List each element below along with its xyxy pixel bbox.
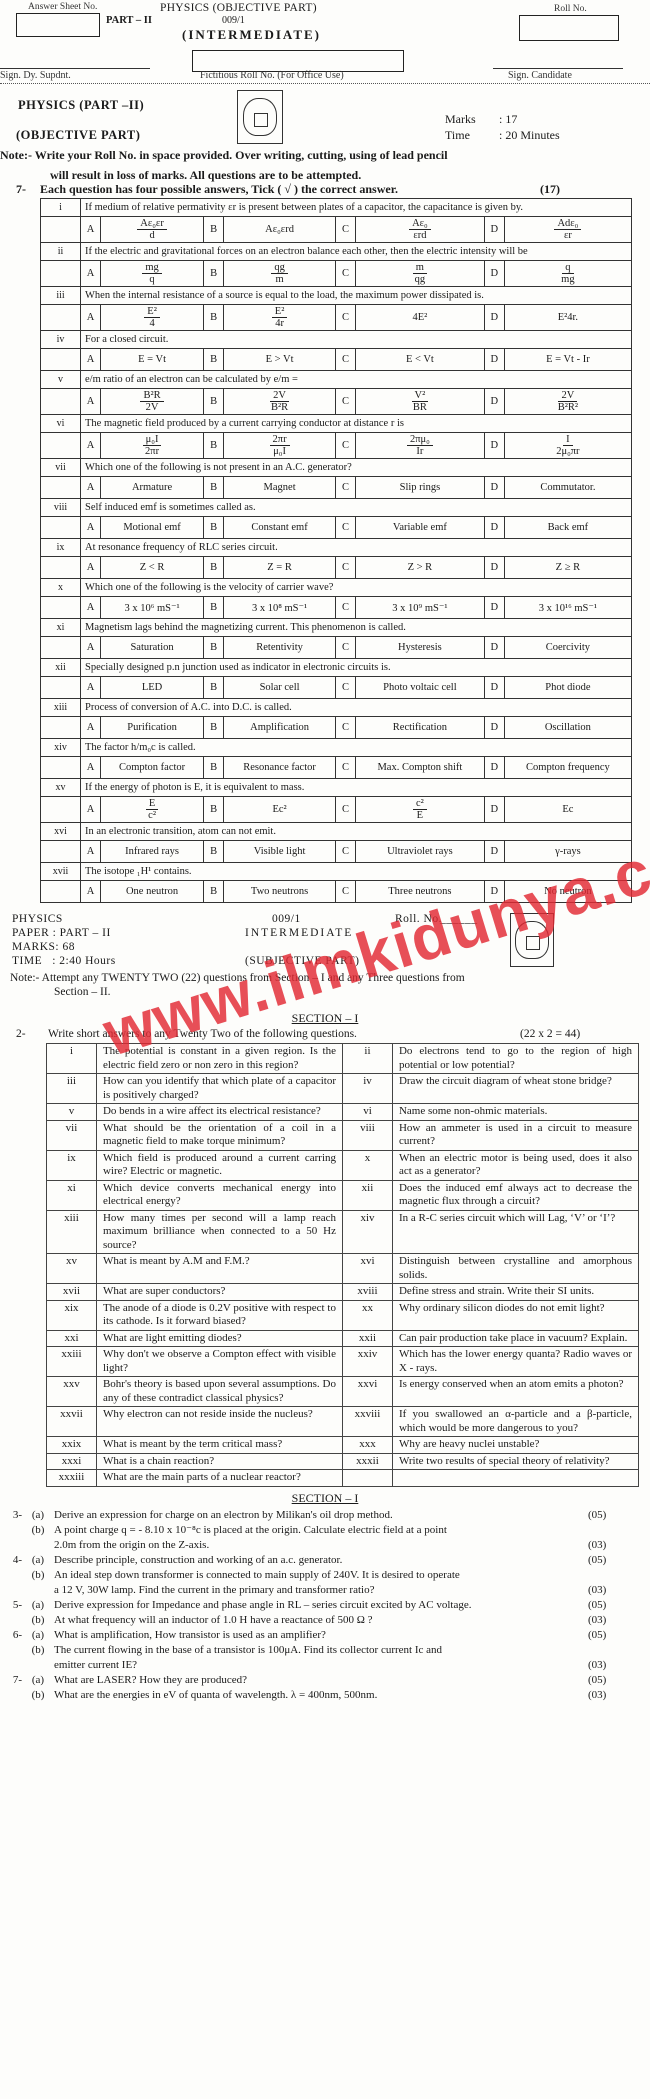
long-question-text: Derive expression for Impedance and phas… bbox=[54, 1598, 534, 1613]
option-letter-d: D bbox=[484, 557, 504, 579]
option-b[interactable]: Solar cell bbox=[224, 677, 336, 699]
short-question-text bbox=[392, 1470, 638, 1487]
long-question-marks: (03) bbox=[588, 1538, 606, 1553]
mcq-number: x bbox=[41, 579, 81, 597]
mcq-number-spacer bbox=[41, 305, 81, 331]
denominator: 4r bbox=[272, 318, 287, 329]
mcq-question-text: For a closed circuit. bbox=[81, 331, 632, 349]
short-question-text: Do bends in a wire affect its electrical… bbox=[96, 1104, 342, 1121]
mcq-options-row: A3 x 10⁶ mS⁻¹B3 x 10⁸ mS⁻¹C3 x 10⁹ mS⁻¹D… bbox=[41, 597, 632, 619]
question-2-number: 2- bbox=[16, 1028, 26, 1040]
note-label: Note:- bbox=[0, 148, 32, 162]
marks-label: Marks bbox=[445, 112, 476, 127]
numerator: Adε₀ bbox=[554, 218, 581, 230]
option-c[interactable]: Rectification bbox=[356, 717, 485, 739]
option-b[interactable]: Retentivity bbox=[224, 637, 336, 659]
option-letter-c: C bbox=[336, 217, 356, 243]
option-c[interactable]: Slip rings bbox=[356, 477, 485, 499]
fraction: mgq bbox=[142, 262, 161, 285]
option-a[interactable]: 3 x 10⁶ mS⁻¹ bbox=[101, 597, 204, 619]
roll-no-box[interactable] bbox=[519, 15, 619, 41]
long-question-part: (a) bbox=[22, 1628, 54, 1643]
option-c[interactable]: 3 x 10⁹ mS⁻¹ bbox=[356, 597, 485, 619]
short-question-row: xviiWhat are super conductors?xviiiDefin… bbox=[47, 1284, 639, 1301]
numerator: 2πμ₀ bbox=[407, 434, 433, 446]
exam-paper: Answer Sheet No. PART – II PHYSICS (OBJE… bbox=[0, 0, 650, 1703]
short-question-row: xxiWhat are light emitting diodes?xxiiCa… bbox=[47, 1330, 639, 1347]
short-question-text: Why ordinary silicon diodes do not emit … bbox=[392, 1300, 638, 1330]
short-question-number: xvii bbox=[47, 1284, 97, 1301]
mcq-question-row: xiMagnetism lags behind the magnetizing … bbox=[41, 619, 632, 637]
fraction: B²R2V bbox=[140, 390, 163, 413]
mcq-question-row: xiiSpecially designed p.n junction used … bbox=[41, 659, 632, 677]
long-question-text: What are the energies in eV of quanta of… bbox=[54, 1688, 534, 1703]
option-c[interactable]: Max. Compton shift bbox=[356, 757, 485, 779]
option-letter-b: B bbox=[204, 757, 224, 779]
long-question-marks: (05) bbox=[588, 1508, 606, 1523]
option-letter-c: C bbox=[336, 757, 356, 779]
numerator: μ₀I bbox=[143, 434, 162, 446]
fraction: V²BR bbox=[410, 390, 430, 413]
short-question-text: Distinguish between crystalline and amor… bbox=[392, 1254, 638, 1284]
short-question-text: How can you identify that which plate of… bbox=[96, 1074, 342, 1104]
option-letter-c: C bbox=[336, 797, 356, 823]
question-2-marks: (22 x 2 = 44) bbox=[520, 1028, 580, 1040]
option-b[interactable]: 3 x 10⁸ mS⁻¹ bbox=[224, 597, 336, 619]
denominator: Ir bbox=[413, 446, 426, 457]
option-d[interactable]: Z ≥ R bbox=[504, 557, 631, 579]
short-question-number: ix bbox=[47, 1150, 97, 1180]
time-value: : 20 Minutes bbox=[499, 128, 560, 143]
mcq-question-text: If the energy of photon is E, it is equi… bbox=[81, 779, 632, 797]
mcq-number: xvi bbox=[41, 823, 81, 841]
option-c[interactable]: V²BR bbox=[356, 389, 485, 415]
option-d[interactable]: Coercivity bbox=[504, 637, 631, 659]
option-d[interactable]: Back emf bbox=[504, 517, 631, 539]
long-question-line: (b)At what frequency will an inductor of… bbox=[0, 1613, 650, 1628]
option-letter-d: D bbox=[484, 677, 504, 699]
mcq-number-spacer bbox=[41, 517, 81, 539]
mcq-number-spacer bbox=[41, 389, 81, 415]
mcq-options-row: AOne neutronBTwo neutronsCThree neutrons… bbox=[41, 881, 632, 903]
option-letter-c: C bbox=[336, 881, 356, 903]
option-c[interactable]: Aε₀εrd bbox=[356, 217, 485, 243]
option-c[interactable]: mqg bbox=[356, 261, 485, 287]
short-question-row: xxiiiWhy don't we observe a Compton effe… bbox=[47, 1347, 639, 1377]
option-d[interactable]: Adε₀εr bbox=[504, 217, 631, 243]
option-a[interactable]: μ₀I2πr bbox=[101, 433, 204, 459]
mcq-number: xiv bbox=[41, 739, 81, 757]
option-c[interactable]: 4E² bbox=[356, 305, 485, 331]
option-b[interactable]: 2πrμ₀I bbox=[224, 433, 336, 459]
option-a[interactable]: Armature bbox=[101, 477, 204, 499]
option-d[interactable]: γ-rays bbox=[504, 841, 631, 863]
option-b[interactable]: E > Vt bbox=[224, 349, 336, 371]
mcq-options-row: AZ < RBZ = RCZ > RDZ ≥ R bbox=[41, 557, 632, 579]
short-question-text: What are super conductors? bbox=[96, 1284, 342, 1301]
denominator: εrd bbox=[410, 230, 429, 241]
option-c[interactable]: Photo voltaic cell bbox=[356, 677, 485, 699]
fraction: Adε₀εr bbox=[554, 218, 581, 241]
option-letter-d: D bbox=[484, 433, 504, 459]
mcq-question-row: xiiiProcess of conversion of A.C. into D… bbox=[41, 699, 632, 717]
short-question-text: What should be the orientation of a coil… bbox=[96, 1120, 342, 1150]
option-a[interactable]: Purification bbox=[101, 717, 204, 739]
short-question-text: What is meant by A.M and F.M.? bbox=[96, 1254, 342, 1284]
mcq-question-row: iIf medium of relative permativity εr is… bbox=[41, 199, 632, 217]
mcq-number: iii bbox=[41, 287, 81, 305]
cut-line bbox=[0, 83, 650, 84]
short-question-number: viii bbox=[343, 1120, 393, 1150]
sign-supdt-label: Sign. Dy. Supdnt. bbox=[0, 70, 71, 81]
short-question-text: Why are heavy nuclei unstable? bbox=[392, 1437, 638, 1454]
option-letter-b: B bbox=[204, 637, 224, 659]
option-c[interactable]: Variable emf bbox=[356, 517, 485, 539]
long-question-number bbox=[0, 1523, 22, 1538]
option-b[interactable]: Amplification bbox=[224, 717, 336, 739]
answer-sheet-label: Answer Sheet No. bbox=[28, 2, 97, 12]
option-c[interactable]: Ultraviolet rays bbox=[356, 841, 485, 863]
denominator: B²R² bbox=[555, 402, 581, 413]
option-d[interactable]: E²4r. bbox=[504, 305, 631, 331]
subj-note: Note:- Attempt any TWENTY TWO (22) quest… bbox=[10, 971, 465, 999]
option-letter-c: C bbox=[336, 517, 356, 539]
option-b[interactable]: Z = R bbox=[224, 557, 336, 579]
option-d[interactable]: Commutator. bbox=[504, 477, 631, 499]
option-d[interactable]: Phot diode bbox=[504, 677, 631, 699]
long-question-line: emitter current IE?(03) bbox=[0, 1658, 650, 1673]
option-d[interactable]: No neutron bbox=[504, 881, 631, 903]
mcq-question-text: If the electric and gravitational forces… bbox=[81, 243, 632, 261]
denominator: 4 bbox=[146, 318, 157, 329]
numerator: B²R bbox=[140, 390, 163, 402]
denominator: εr bbox=[561, 230, 575, 241]
mcq-options-row: AAε₀εrdBAε₀εrdCAε₀εrdDAdε₀εr bbox=[41, 217, 632, 243]
short-question-text: In a R-C series circuit which will Lag, … bbox=[392, 1210, 638, 1254]
long-question-text: emitter current IE? bbox=[54, 1658, 534, 1673]
long-question-part: (b) bbox=[22, 1523, 54, 1538]
subject-title: PHYSICS (PART –II) bbox=[18, 98, 144, 113]
mcq-number-spacer bbox=[41, 797, 81, 823]
option-c[interactable]: Three neutrons bbox=[356, 881, 485, 903]
long-question-line: (b)What are the energies in eV of quanta… bbox=[0, 1688, 650, 1703]
denominator: m bbox=[272, 274, 286, 285]
supdt-sign-line bbox=[0, 68, 150, 69]
option-d[interactable]: E = Vt - Ir bbox=[504, 349, 631, 371]
option-letter-a: A bbox=[81, 477, 101, 499]
mcq-question-row: xivThe factor h/m₀c is called. bbox=[41, 739, 632, 757]
mcq-question-text: Which one of the following is the veloci… bbox=[81, 579, 632, 597]
long-question-line: 3-(a)Derive an expression for charge on … bbox=[0, 1508, 650, 1523]
paper-title: PHYSICS (OBJECTIVE PART) bbox=[160, 2, 317, 14]
subj-code: 009/1 bbox=[272, 913, 301, 925]
numerator: Aε₀ bbox=[409, 218, 431, 230]
mcq-question-text: When the internal resistance of a source… bbox=[81, 287, 632, 305]
option-d[interactable]: 3 x 10¹⁶ mS⁻¹ bbox=[504, 597, 631, 619]
option-b[interactable]: E²4r bbox=[224, 305, 336, 331]
option-letter-a: A bbox=[81, 389, 101, 415]
subj-level: INTERMEDIATE bbox=[245, 927, 353, 939]
option-a[interactable]: LED bbox=[101, 677, 204, 699]
option-b[interactable]: Ec² bbox=[224, 797, 336, 823]
option-b[interactable]: qgm bbox=[224, 261, 336, 287]
section-2-title: SECTION – I bbox=[0, 1491, 650, 1506]
short-question-row: xixThe anode of a diode is 0.2V positive… bbox=[47, 1300, 639, 1330]
short-question-text: Does the induced emf always act to decre… bbox=[392, 1180, 638, 1210]
short-question-number: i bbox=[47, 1044, 97, 1074]
denominator: 2V bbox=[143, 402, 162, 413]
mcq-question-text: Specially designed p.n junction used as … bbox=[81, 659, 632, 677]
mcq-number-spacer bbox=[41, 637, 81, 659]
fraction: 2VB²R² bbox=[555, 390, 581, 413]
mcq-question-row: xviIn an electronic transition, atom can… bbox=[41, 823, 632, 841]
mcq-number-spacer bbox=[41, 717, 81, 739]
mcq-options-row: AE²4BE²4rC4E²DE²4r. bbox=[41, 305, 632, 331]
option-letter-d: D bbox=[484, 517, 504, 539]
mcq-number: v bbox=[41, 371, 81, 389]
denominator: c² bbox=[145, 810, 159, 821]
numerator: E² bbox=[144, 306, 160, 318]
long-question-line: 7-(a)What are LASER? How they are produc… bbox=[0, 1673, 650, 1688]
option-letter-d: D bbox=[484, 717, 504, 739]
short-question-row: vDo bends in a wire affect its electrica… bbox=[47, 1104, 639, 1121]
long-question-part: (a) bbox=[22, 1553, 54, 1568]
option-letter-a: A bbox=[81, 717, 101, 739]
option-a[interactable]: B²R2V bbox=[101, 389, 204, 415]
objective-note: Note:- Write your Roll No. in space prov… bbox=[0, 148, 650, 163]
mcq-number-spacer bbox=[41, 881, 81, 903]
option-letter-d: D bbox=[484, 349, 504, 371]
mcq-number-spacer bbox=[41, 677, 81, 699]
option-a[interactable]: One neutron bbox=[101, 881, 204, 903]
fraction: qmg bbox=[558, 262, 577, 285]
option-letter-d: D bbox=[484, 261, 504, 287]
short-question-row: xxxiWhat is a chain reaction?xxxiiWrite … bbox=[47, 1453, 639, 1470]
short-question-number: xxxiii bbox=[47, 1470, 97, 1487]
denominator: d bbox=[146, 230, 157, 241]
short-question-text: Do electrons tend to go to the region of… bbox=[392, 1044, 638, 1074]
option-b[interactable]: Magnet bbox=[224, 477, 336, 499]
mcq-number: xi bbox=[41, 619, 81, 637]
numerator: m bbox=[413, 262, 427, 274]
option-c[interactable]: c²E bbox=[356, 797, 485, 823]
short-question-number: xxiv bbox=[343, 1347, 393, 1377]
mcq-question-row: ve/m ratio of an electron can be calcula… bbox=[41, 371, 632, 389]
mcq-question-text: At resonance frequency of RLC series cir… bbox=[81, 539, 632, 557]
long-question-marks: (03) bbox=[588, 1613, 606, 1628]
option-letter-c: C bbox=[336, 433, 356, 459]
option-a[interactable]: Ec² bbox=[101, 797, 204, 823]
option-letter-a: A bbox=[81, 217, 101, 243]
short-question-row: xiiiHow many times per second will a lam… bbox=[47, 1210, 639, 1254]
option-letter-a: A bbox=[81, 881, 101, 903]
option-b[interactable]: 2VB²R bbox=[224, 389, 336, 415]
option-a[interactable]: E = Vt bbox=[101, 349, 204, 371]
fraction: Ec² bbox=[145, 798, 159, 821]
option-b[interactable]: Resonance factor bbox=[224, 757, 336, 779]
option-d[interactable]: qmg bbox=[504, 261, 631, 287]
candidate-sign-line bbox=[493, 68, 623, 69]
mcq-options-row: AInfrared raysBVisible lightCUltraviolet… bbox=[41, 841, 632, 863]
option-a[interactable]: Saturation bbox=[101, 637, 204, 659]
mcq-number-spacer bbox=[41, 557, 81, 579]
short-question-text: What are the main parts of a nuclear rea… bbox=[96, 1470, 342, 1487]
short-question-text: What is meant by the term critical mass? bbox=[96, 1437, 342, 1454]
mcq-number: iv bbox=[41, 331, 81, 349]
option-letter-b: B bbox=[204, 557, 224, 579]
option-letter-a: A bbox=[81, 557, 101, 579]
option-b[interactable]: Two neutrons bbox=[224, 881, 336, 903]
option-d[interactable]: I2μ₀πr bbox=[504, 433, 631, 459]
paper-code: 009/1 bbox=[222, 15, 245, 26]
short-question-row: iiiHow can you identify that which plate… bbox=[47, 1074, 639, 1104]
short-question-number: v bbox=[47, 1104, 97, 1121]
long-question-number: 6- bbox=[0, 1628, 22, 1643]
short-question-number: xxi bbox=[47, 1330, 97, 1347]
short-question-number: iii bbox=[47, 1074, 97, 1104]
option-c[interactable]: Z > R bbox=[356, 557, 485, 579]
long-question-text: What is amplification, How transistor is… bbox=[54, 1628, 534, 1643]
denominator: E bbox=[414, 810, 426, 821]
answer-sheet-box[interactable] bbox=[16, 13, 100, 37]
short-question-number: xviii bbox=[343, 1284, 393, 1301]
section-1-title: SECTION – I bbox=[0, 1011, 650, 1026]
marks-value: : 17 bbox=[499, 112, 517, 127]
short-question-text: Can pair production take place in vacuum… bbox=[392, 1330, 638, 1347]
mcq-question-text: In an electronic transition, atom can no… bbox=[81, 823, 632, 841]
fraction: 2VB²R bbox=[268, 390, 291, 413]
option-a[interactable]: Z < R bbox=[101, 557, 204, 579]
short-question-row: xxxiiiWhat are the main parts of a nucle… bbox=[47, 1470, 639, 1487]
option-letter-b: B bbox=[204, 305, 224, 331]
option-d[interactable]: Ec bbox=[504, 797, 631, 823]
option-a[interactable]: Infrared rays bbox=[101, 841, 204, 863]
option-a[interactable]: Aε₀εrd bbox=[101, 217, 204, 243]
mcq-options-row: AE = VtBE > VtCE < VtDE = Vt - Ir bbox=[41, 349, 632, 371]
option-letter-b: B bbox=[204, 433, 224, 459]
question-7-header: 7- Each question has four possible answe… bbox=[0, 182, 650, 198]
long-question-part bbox=[22, 1538, 54, 1553]
short-question-row: xxviiWhy electron can not reside inside … bbox=[47, 1407, 639, 1437]
option-letter-a: A bbox=[81, 597, 101, 619]
mcq-question-text: The isotope ₁H¹ contains. bbox=[81, 863, 632, 881]
numerator: q bbox=[562, 262, 573, 274]
mcq-options-row: Aμ₀I2πrB2πrμ₀IC2πμ₀IrDI2μ₀πr bbox=[41, 433, 632, 459]
subj-note-line-1: Attempt any TWENTY TWO (22) questions fr… bbox=[42, 972, 465, 984]
short-question-number: xxxii bbox=[343, 1453, 393, 1470]
long-question-line: 5-(a)Derive expression for Impedance and… bbox=[0, 1598, 650, 1613]
option-letter-b: B bbox=[204, 677, 224, 699]
option-letter-d: D bbox=[484, 797, 504, 823]
long-question-line: 6-(a)What is amplification, How transist… bbox=[0, 1628, 650, 1643]
mcq-number-spacer bbox=[41, 477, 81, 499]
short-question-row: ixWhich field is produced around a curre… bbox=[47, 1150, 639, 1180]
note-line-1: Write your Roll No. in space provided. O… bbox=[35, 148, 448, 162]
long-question-marks: (05) bbox=[588, 1553, 606, 1568]
option-b[interactable]: Visible light bbox=[224, 841, 336, 863]
short-question-number: vii bbox=[47, 1120, 97, 1150]
fraction: 2πrμ₀I bbox=[270, 434, 290, 457]
option-a[interactable]: Motional emf bbox=[101, 517, 204, 539]
mcq-number: xiii bbox=[41, 699, 81, 717]
short-question-number: xix bbox=[47, 1300, 97, 1330]
long-question-text: At what frequency will an inductor of 1.… bbox=[54, 1613, 534, 1628]
mcq-number: vi bbox=[41, 415, 81, 433]
numerator: qg bbox=[271, 262, 288, 274]
option-c[interactable]: 2πμ₀Ir bbox=[356, 433, 485, 459]
option-letter-c: C bbox=[336, 349, 356, 371]
mcq-options-row: AEc²BEc²Cc²EDEc bbox=[41, 797, 632, 823]
option-letter-d: D bbox=[484, 389, 504, 415]
option-letter-d: D bbox=[484, 841, 504, 863]
fraction: mqg bbox=[412, 262, 429, 285]
option-letter-b: B bbox=[204, 797, 224, 823]
option-a[interactable]: mgq bbox=[101, 261, 204, 287]
subj-time: TIME : 2:40 Hours bbox=[12, 955, 116, 967]
mcq-number: ii bbox=[41, 243, 81, 261]
long-question-number: 4- bbox=[0, 1553, 22, 1568]
short-question-number: ii bbox=[343, 1044, 393, 1074]
option-c[interactable]: Hysteresis bbox=[356, 637, 485, 659]
mcq-number-spacer bbox=[41, 597, 81, 619]
option-letter-a: A bbox=[81, 677, 101, 699]
paper-level: (INTERMEDIATE) bbox=[182, 27, 321, 43]
short-question-row: iThe potential is constant in a given re… bbox=[47, 1044, 639, 1074]
sign-candidate-label: Sign. Candidate bbox=[508, 70, 572, 81]
mcq-question-text: If medium of relative permativity εr is … bbox=[81, 199, 632, 217]
mcq-number: ix bbox=[41, 539, 81, 557]
option-letter-b: B bbox=[204, 517, 224, 539]
option-a[interactable]: E²4 bbox=[101, 305, 204, 331]
long-question-marks: (05) bbox=[588, 1598, 606, 1613]
option-d[interactable]: 2VB²R² bbox=[504, 389, 631, 415]
option-letter-c: C bbox=[336, 389, 356, 415]
mcq-question-text: e/m ratio of an electron can be calculat… bbox=[81, 371, 632, 389]
option-letter-a: A bbox=[81, 305, 101, 331]
long-question-part: (b) bbox=[22, 1568, 54, 1583]
short-question-row: viiWhat should be the orientation of a c… bbox=[47, 1120, 639, 1150]
option-b[interactable]: Constant emf bbox=[224, 517, 336, 539]
long-question-text: The current flowing in the base of a tra… bbox=[54, 1643, 534, 1658]
subj-roll-blank[interactable]: ______ bbox=[440, 913, 478, 925]
mcq-question-row: xviiThe isotope ₁H¹ contains. bbox=[41, 863, 632, 881]
short-question-row: xxixWhat is meant by the term critical m… bbox=[47, 1437, 639, 1454]
option-letter-c: C bbox=[336, 597, 356, 619]
long-question-text: A point charge q = - 8.10 x 10⁻⁸c is pla… bbox=[54, 1523, 534, 1538]
option-d[interactable]: Oscillation bbox=[504, 717, 631, 739]
long-question-number: 7- bbox=[0, 1673, 22, 1688]
fraction: I2μ₀πr bbox=[553, 434, 582, 457]
option-letter-b: B bbox=[204, 261, 224, 287]
long-question-text: a 12 V, 30W lamp. Find the current in th… bbox=[54, 1583, 534, 1598]
short-question-text: Bohr's theory is based upon several assu… bbox=[96, 1377, 342, 1407]
short-question-number: xxx bbox=[343, 1437, 393, 1454]
numerator: 2πr bbox=[270, 434, 290, 446]
option-a[interactable]: Compton factor bbox=[101, 757, 204, 779]
short-question-text: Write two results of special theory of r… bbox=[392, 1453, 638, 1470]
short-question-text: Is energy conserved when an atom emits a… bbox=[392, 1377, 638, 1407]
option-letter-a: A bbox=[81, 841, 101, 863]
short-question-text: Which field is produced around a current… bbox=[96, 1150, 342, 1180]
short-question-text: If you swallowed an α-particle and a β-p… bbox=[392, 1407, 638, 1437]
mcq-question-text: Magnetism lags behind the magnetizing cu… bbox=[81, 619, 632, 637]
option-b[interactable]: Aε₀εrd bbox=[224, 217, 336, 243]
option-d[interactable]: Compton frequency bbox=[504, 757, 631, 779]
denominator: 2πr bbox=[142, 446, 162, 457]
short-question-text: Why don't we observe a Compton effect wi… bbox=[96, 1347, 342, 1377]
option-c[interactable]: E < Vt bbox=[356, 349, 485, 371]
subj-note-line-2: Section – II. bbox=[10, 986, 111, 998]
